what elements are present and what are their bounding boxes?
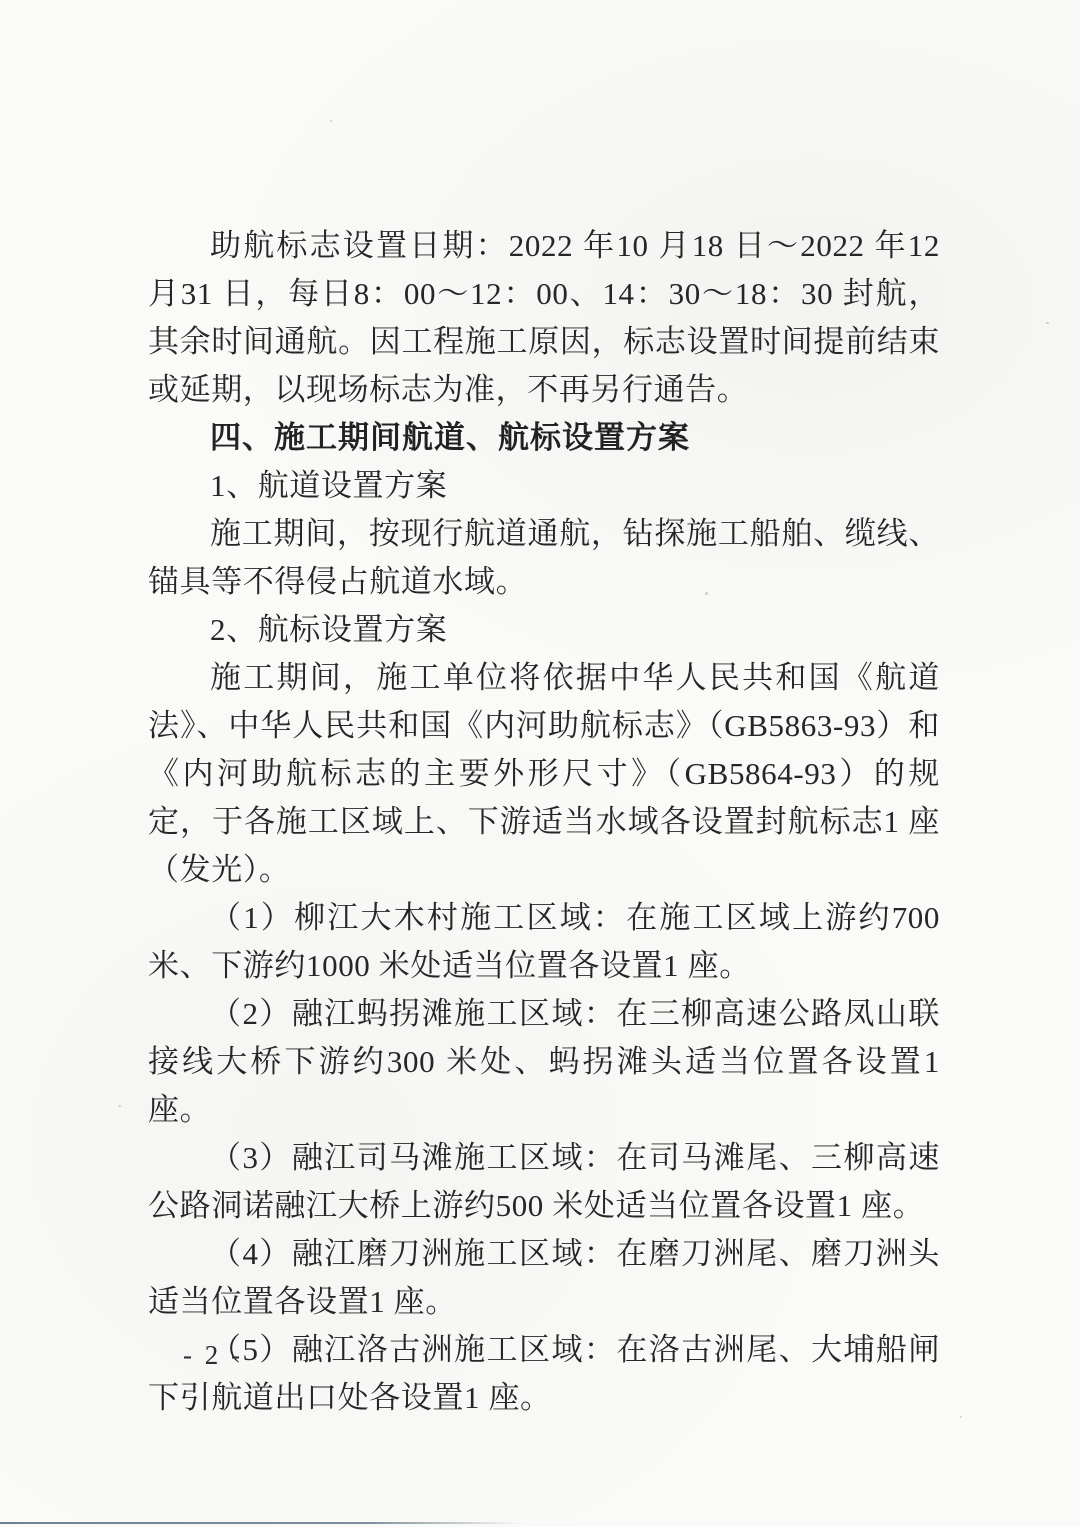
scan-speck [580,1146,582,1148]
scan-speck [960,1416,962,1418]
paragraph-aid-mark-dates: 助航标志设置日期：2022 年10 月18 日～2022 年12 月31 日，每… [148,222,940,414]
subsection-title-channel-plan: 1、航道设置方案 [148,462,940,510]
scan-artifact-line [0,1522,524,1524]
paragraph-buoy-plan-standards: 施工期间，施工单位将依据中华人民共和国《航道法》、中华人民共和国《内河助航标志》… [148,654,940,894]
paragraph-area-1-damucun: （1）柳江大木村施工区域：在施工区域上游约700 米、下游约1000 米处适当位… [148,894,940,990]
scan-speck [705,592,708,595]
paragraph-area-3-simatan: （3）融江司马滩施工区域：在司马滩尾、三柳高速公路洞诺融江大桥上游约500 米处… [148,1134,940,1230]
paragraph-channel-plan: 施工期间，按现行航道通航，钻探施工船舶、缆线、锚具等不得侵占航道水域。 [148,510,940,606]
section-heading-channel-buoy-plan: 四、施工期间航道、航标设置方案 [148,414,940,462]
subsection-title-buoy-plan: 2、航标设置方案 [148,606,940,654]
scan-speck [1046,322,1049,324]
paragraph-area-5-luoguzhou: （5）融江洛古洲施工区域：在洛古洲尾、大埔船闸下引航道出口处各设置1 座。 [148,1326,940,1422]
page-number: - 2 - [183,1340,243,1371]
paragraph-area-2-maguaitan: （2）融江蚂拐滩施工区域：在三柳高速公路凤山联接线大桥下游约300 米处、蚂拐滩… [148,990,940,1134]
document-page: 助航标志设置日期：2022 年10 月18 日～2022 年12 月31 日，每… [0,0,1080,1527]
scan-speck [118,1105,121,1107]
scan-speck [330,120,332,122]
paragraph-area-4-modaozhou: （4）融江磨刀洲施工区域：在磨刀洲尾、磨刀洲头适当位置各设置1 座。 [148,1230,940,1326]
document-body: 助航标志设置日期：2022 年10 月18 日～2022 年12 月31 日，每… [148,222,940,1422]
